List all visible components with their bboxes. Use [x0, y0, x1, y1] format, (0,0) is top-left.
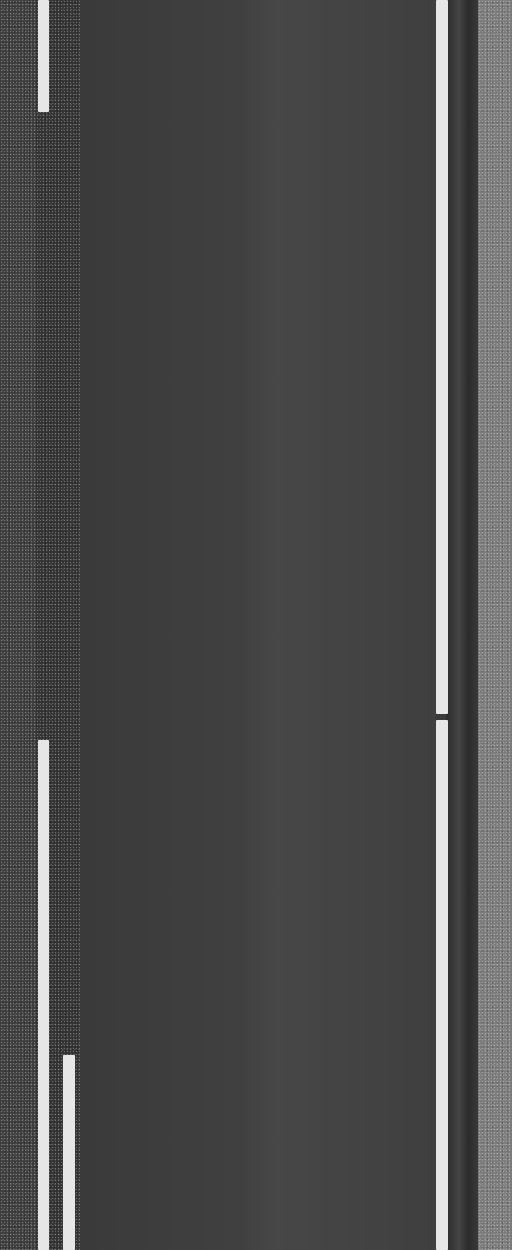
left-asphalt-lane	[0, 0, 36, 1250]
gutter-edge	[446, 0, 478, 1250]
main-asphalt-lane	[80, 0, 436, 1250]
right-edge-line-top	[436, 0, 448, 714]
road-aerial-view	[0, 0, 512, 1250]
right-edge-line-bottom	[436, 720, 448, 1250]
left-dashed-line-bottom	[38, 740, 49, 1250]
left-dashed-line-top	[38, 0, 49, 112]
left-short-line	[63, 1055, 75, 1250]
curb-sidewalk	[478, 0, 512, 1250]
